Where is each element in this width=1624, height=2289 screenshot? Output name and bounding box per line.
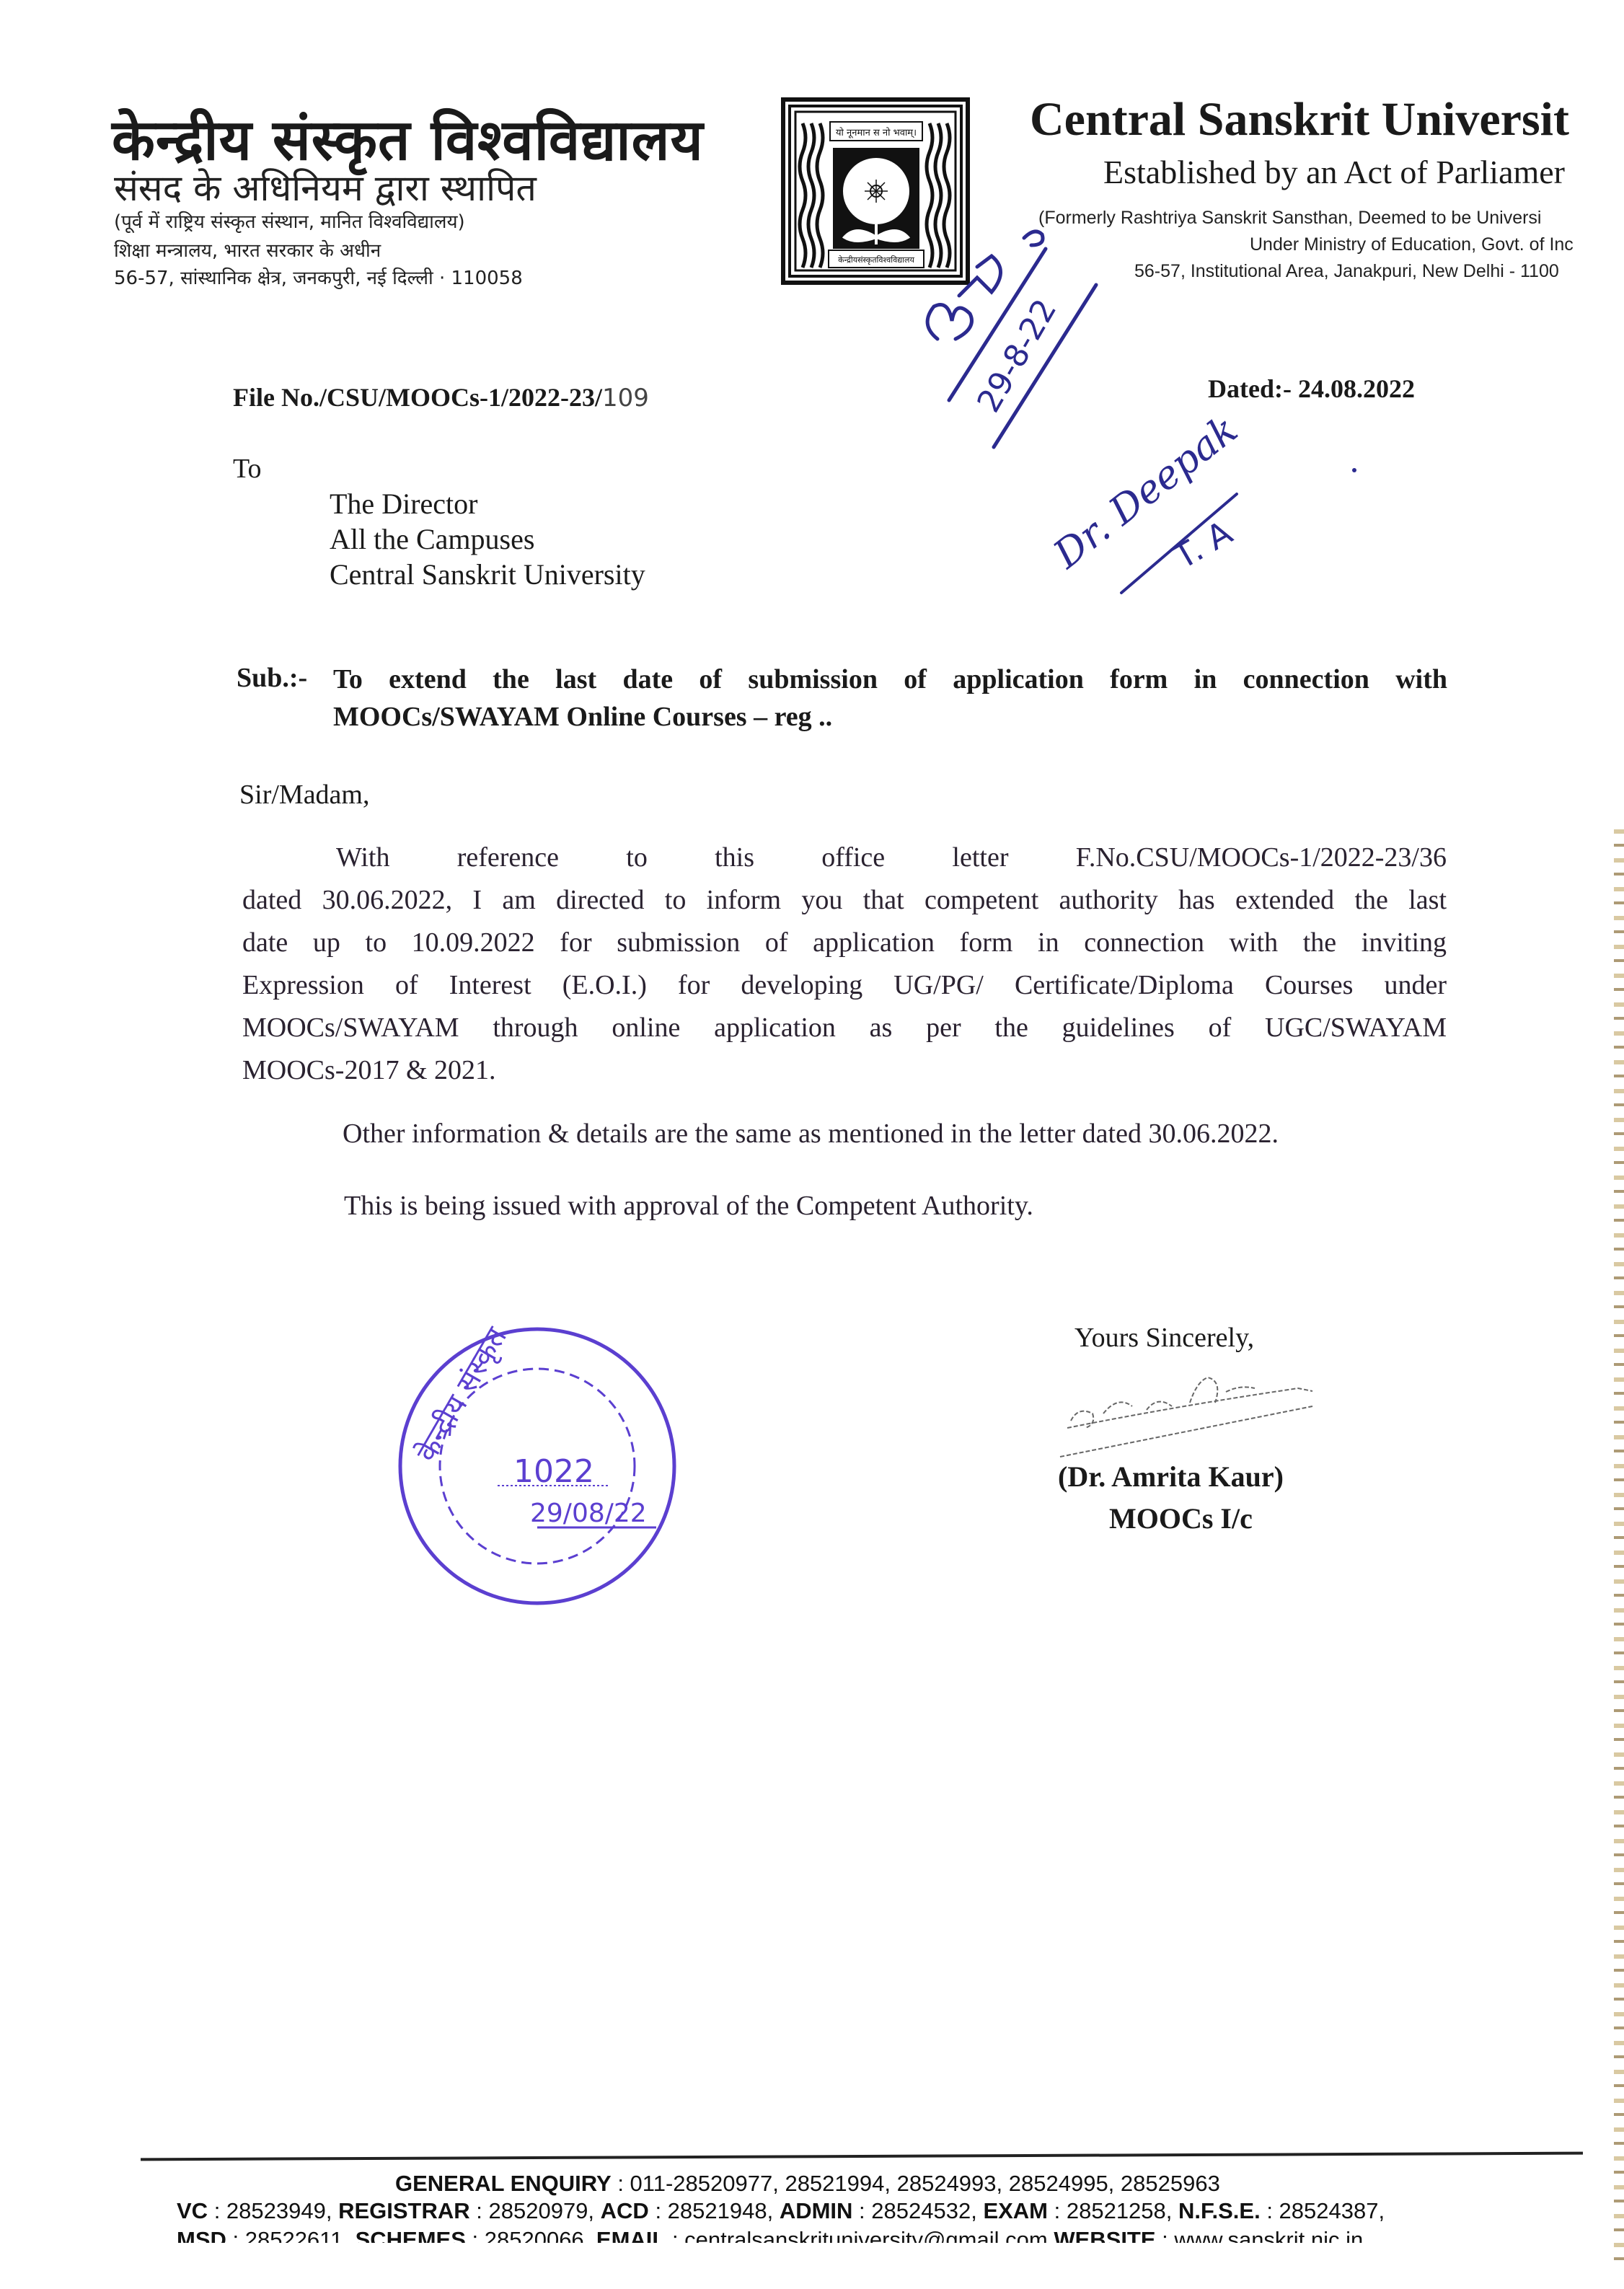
footer-value: : 28521948, bbox=[649, 2198, 780, 2223]
scan-paper-edge bbox=[1614, 829, 1624, 2272]
subject-line-1: To extend the last date of submission of… bbox=[333, 658, 1447, 701]
body-line: With reference to this office letter F.N… bbox=[242, 837, 1447, 879]
footer-label: GENERAL ENQUIRY bbox=[395, 2171, 612, 2196]
footer-value: : 28524532, bbox=[852, 2198, 983, 2223]
svg-text:29/08/22: 29/08/22 bbox=[530, 1499, 647, 1528]
footer-label: WEBSITE bbox=[1054, 2227, 1155, 2243]
hindi-address: 56-57, सांस्थानिक क्षेत्र, जनकपुरी, नई द… bbox=[114, 264, 523, 290]
footer-website: : www.sanskrit.nic.in bbox=[1156, 2227, 1364, 2243]
footer-department-phones: VC : 28523949, REGISTRAR : 28520979, ACD… bbox=[177, 2198, 1385, 2224]
footer-contact-cut-off: MSD : 28522611, SCHEMES : 28520066, EMAI… bbox=[177, 2227, 1363, 2243]
svg-text:1022: 1022 bbox=[513, 1453, 594, 1490]
closing: Yours Sincerely, bbox=[1074, 1322, 1254, 1354]
footer-general-enquiry: GENERAL ENQUIRY : 011-28520977, 28521994… bbox=[395, 2171, 1220, 2197]
footer-value: : 28521258, bbox=[1048, 2198, 1178, 2223]
subject-label: Sub.:- bbox=[237, 662, 307, 694]
body-line: Expression of Interest (E.O.I.) for deve… bbox=[242, 964, 1447, 1007]
signatory-name: (Dr. Amrita Kaur) bbox=[1058, 1460, 1284, 1494]
signature-mark bbox=[1060, 1377, 1312, 1457]
body-line: MOOCs/SWAYAM through online application … bbox=[242, 1007, 1447, 1049]
footer-value: : 011-28520977, 28521994, 28524993, 2852… bbox=[612, 2171, 1220, 2196]
footer-value: : 28520066, bbox=[466, 2227, 596, 2243]
svg-text:29-8-22: 29-8-22 bbox=[970, 293, 1064, 418]
english-address: 56-57, Institutional Area, Janakpuri, Ne… bbox=[1134, 261, 1559, 282]
footer-label: SCHEMES bbox=[356, 2227, 466, 2243]
footer-value: : 28523949, bbox=[208, 2198, 338, 2223]
addressee-line: All the Campuses bbox=[330, 522, 534, 556]
subject-line-2: MOOCs/SWAYAM Online Courses – reg .. bbox=[333, 701, 832, 733]
body-paragraph-2: Other information & details are the same… bbox=[343, 1118, 1279, 1150]
salutation: Sir/Madam, bbox=[239, 779, 369, 811]
office-stamp bbox=[400, 1329, 674, 1603]
footer-label: N.F.S.E. bbox=[1178, 2198, 1261, 2223]
footer-label: VC bbox=[177, 2198, 208, 2223]
body-line: dated 30.06.2022, I am directed to infor… bbox=[242, 879, 1447, 922]
english-university-name: Central Sanskrit Universit bbox=[1030, 92, 1569, 147]
footer-value: : 28522611, bbox=[226, 2227, 356, 2243]
forward-handwritten-note bbox=[1121, 494, 1237, 593]
svg-text:T. A: T. A bbox=[1167, 513, 1240, 577]
footer-label: ACD bbox=[601, 2198, 649, 2223]
hindi-ministry: शिक्षा मन्त्रालय, भारत सरकार के अधीन bbox=[114, 237, 381, 263]
footer-label: MSD bbox=[177, 2227, 226, 2243]
university-emblem-logo: यो नूनमान स नो भवाम्। केन्द्रीयसंस्कृतवि… bbox=[781, 97, 970, 285]
english-formerly: (Formerly Rashtriya Sanskrit Sansthan, D… bbox=[1038, 208, 1542, 229]
svg-text:केन्द्रीय संस्कृत: केन्द्रीय संस्कृत bbox=[410, 1321, 515, 1468]
file-number-handwritten: 109 bbox=[602, 384, 649, 413]
file-number-printed: File No./CSU/MOOCs-1/2022-23/ bbox=[233, 383, 602, 412]
hindi-established-by: संसद के अधिनियम द्वारा स्थापित bbox=[114, 162, 537, 211]
svg-text:केन्द्रीयसंस्कृतविश्वविद्यालय: केन्द्रीयसंस्कृतविश्वविद्यालय bbox=[838, 255, 914, 265]
footer-label: EXAM bbox=[983, 2198, 1048, 2223]
body-line: MOOCs-2017 & 2021. bbox=[242, 1049, 1447, 1092]
emblem-icon: यो नूनमान स नो भवाम्। केन्द्रीयसंस्कृतवि… bbox=[785, 102, 966, 281]
letter-date: Dated:- 24.08.2022 bbox=[1208, 374, 1415, 404]
english-ministry: Under Ministry of Education, Govt. of In… bbox=[1250, 234, 1574, 255]
body-line: date up to 10.09.2022 for submission of … bbox=[242, 922, 1447, 964]
footer-label: EMAIL bbox=[596, 2227, 666, 2243]
footer-email: : centralsanskrituniversity@gmail.com bbox=[666, 2227, 1054, 2243]
body-paragraph-3: This is being issued with approval of th… bbox=[344, 1190, 1033, 1222]
footer-label: ADMIN bbox=[780, 2198, 853, 2223]
footer-divider bbox=[141, 2152, 1583, 2161]
file-number: File No./CSU/MOOCs-1/2022-23/109 bbox=[233, 382, 649, 413]
addressee-line: The Director bbox=[330, 487, 477, 521]
hindi-formerly: (पूर्व में राष्ट्रिय संस्कृत संस्थान, मा… bbox=[114, 208, 465, 234]
svg-text:यो नूनमान स नो भवाम्।: यो नूनमान स नो भवाम्। bbox=[836, 127, 917, 138]
svg-text:Dr. Deepak: Dr. Deepak bbox=[1044, 406, 1245, 578]
addressee-line: Central Sanskrit University bbox=[330, 557, 645, 591]
to-label: To bbox=[233, 453, 262, 485]
footer-value: : 28520979, bbox=[470, 2198, 601, 2223]
footer-value: : 28524387, bbox=[1261, 2198, 1385, 2223]
english-established-by: Established by an Act of Parliamer bbox=[1103, 153, 1565, 191]
footer-label: REGISTRAR bbox=[338, 2198, 470, 2223]
signatory-designation: MOOCs I/c bbox=[1109, 1501, 1253, 1535]
body-paragraph-1: With reference to this office letter F.N… bbox=[242, 837, 1447, 1092]
